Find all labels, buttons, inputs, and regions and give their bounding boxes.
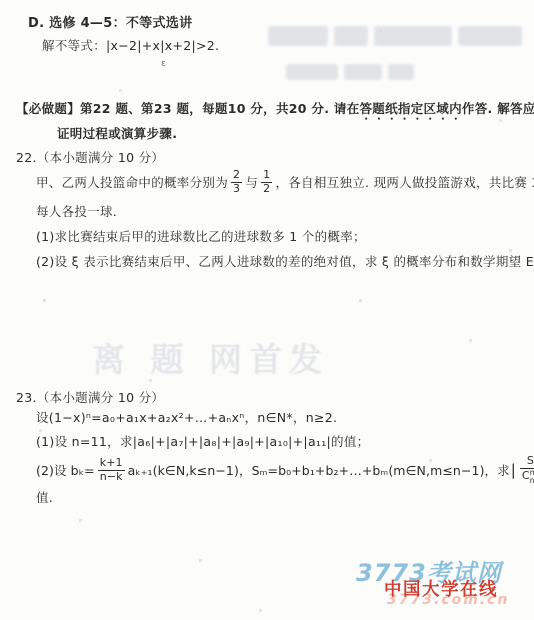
scan-noise [0, 0, 1, 1]
p22-line1-mid: 与 [245, 173, 258, 191]
fraction-one-half: 1 2 [261, 169, 272, 195]
notice-line1-pre: 【必做题】第22 题、第23 题，每题10 分，共20 分. 请在 [16, 101, 360, 116]
notice-line1-post: 作答. 解答应写出文字说明、 [462, 101, 534, 116]
p22-line1-pre: 甲、乙两人投篮命中的概率分别为 [36, 173, 228, 191]
problem-22-line2: 每人各投一球. [36, 202, 117, 220]
p23-q2-pre: (2)设 bₖ= [36, 461, 95, 479]
footer-watermark-overlay: 中国大学在线 [384, 576, 498, 601]
binomial-c-base: C [522, 470, 530, 483]
notice-line2: 证明过程或演算步骤. [57, 124, 177, 142]
problem-22-q2: (2)设 ξ 表示比赛结束后甲、乙两人进球数的差的绝对值，求 ξ 的概率分布和数… [36, 252, 534, 270]
problem-23-q2-line2: 值. [36, 488, 53, 506]
fraction-k-plus-1-over-n-minus-k: k+1 n−k [98, 457, 125, 483]
notice-line1-emphasized: 答题纸指定区域内 [360, 101, 462, 116]
section-d-title: D. 选修 4—5：不等式选讲 [28, 12, 192, 31]
fraction-two-thirds: 2 3 [231, 169, 242, 195]
problem-22-q1: (1)求比赛结束后甲的进球数比乙的进球数多 1 个的概率； [36, 227, 366, 245]
abs-bar-left: | [511, 461, 516, 479]
section-d-problem: 解不等式：|x−2|+x|x+2|>2. [42, 36, 219, 54]
bleedthrough-artifact [286, 64, 414, 80]
problem-23-setup: 设(1−x)ⁿ=a₀+a₁x+a₂x²+…+aₙxⁿ，n∈N*，n≥2. [36, 408, 337, 426]
p23-q2-mid: aₖ₊₁(k∈N,k≤n−1)，Sₘ=b₀+b₁+b₂+…+bₘ(m∈N,m≤n… [128, 461, 510, 479]
problem-23-q1: (1)设 n=11，求|a₆|+|a₇|+|a₈|+|a₉|+|a₁₀|+|a₁… [36, 432, 369, 450]
stray-scan-mark: ε [161, 59, 166, 69]
binomial-c-scripts: m n−1 [530, 469, 534, 486]
scanned-exam-page: { "section_d": { "title": "D. 选修 4—5：不等式… [0, 0, 534, 620]
fraction-sm-over-c: Sₘ C m n−1 [520, 455, 534, 485]
problem-22-line1: 甲、乙两人投篮命中的概率分别为 2 3 与 1 2 ，各自相互独立. 现两人做投… [36, 166, 534, 198]
center-watermark: 离 题 网首发 [92, 334, 329, 381]
p22-line1-post: ，各自相互独立. 现两人做投篮游戏，共比赛 3 局，每局 [275, 173, 534, 191]
problem-22-header: 22.（本小题满分 10 分） [16, 148, 164, 166]
problem-23-header: 23.（本小题满分 10 分） [16, 388, 164, 406]
notice-line1: 【必做题】第22 题、第23 题，每题10 分，共20 分. 请在答题纸指定区域… [16, 99, 534, 123]
problem-23-q2: (2)设 bₖ= k+1 n−k aₖ₊₁(k∈N,k≤n−1)，Sₘ=b₀+b… [36, 452, 534, 488]
bleedthrough-artifact [268, 26, 522, 46]
